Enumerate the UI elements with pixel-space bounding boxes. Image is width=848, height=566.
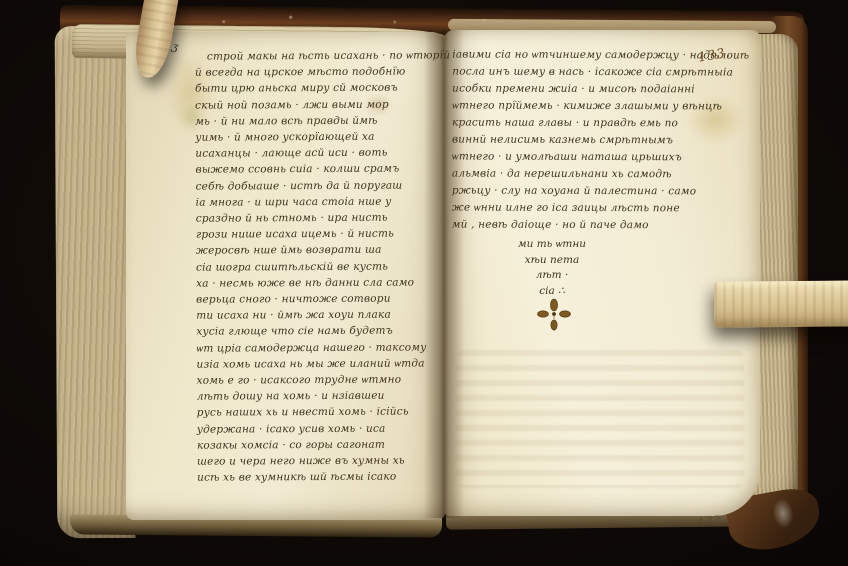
colophon-text: ми ть ѡтнихѣи петалѣт ·сіа ∴ bbox=[472, 237, 632, 299]
cross-flower-ornament-icon bbox=[534, 298, 574, 334]
manuscript-text-line: виннй нелисимь казнемь смрѣтнымъ bbox=[452, 131, 746, 149]
manuscript-text-line: быти црю аньска миру сй московъ bbox=[195, 80, 447, 98]
manuscript-text-line: мй , невѣ даіоще · но й паче дамо bbox=[452, 216, 746, 234]
manuscript-text-line: изіа хомь исаха нь мы же иланий ѡтда bbox=[196, 355, 448, 373]
manuscript-text-line: сіа ∴ bbox=[472, 284, 632, 300]
wooden-bookmark-stick-right bbox=[714, 280, 848, 327]
manuscript-text-line: мь · й ни мало всѣ правды ймѣ bbox=[195, 112, 447, 130]
manuscript-text-line: хомь е го · исаксого трудне ѡтмно bbox=[197, 371, 449, 389]
manuscript-text-line: хѣи пета bbox=[472, 253, 632, 269]
manuscript-text-line: ѡт цріа самодержца нашего · таксому bbox=[196, 339, 448, 357]
corner-shelfmark: А32 bbox=[696, 513, 721, 529]
manuscript-text-line: ти исаха ни · ймѣ жа хоуи плака bbox=[196, 307, 448, 325]
manuscript-text-line: лѣт · bbox=[472, 268, 632, 284]
manuscript-text-line: строй макы на ѣсть исахань · по ѡтюрїй bbox=[195, 47, 447, 65]
manuscript-text-line: шего и чера него ниже въ хумны хь bbox=[197, 452, 449, 470]
manuscript-text-line: ржьцу · слу на хоуана й палестина · само bbox=[452, 182, 746, 200]
manuscript-text-line: исобки премени жиіа · и мисоѣ подаіанні bbox=[452, 80, 746, 98]
manuscript-text-line: верьца сного · ничтоже сотвори bbox=[196, 290, 448, 308]
manuscript-text-line: ѡтнего прїймемь · кимиже злашыми у вѣнцѣ bbox=[452, 97, 746, 115]
manuscript-text-line: ми ть ѡтни bbox=[472, 237, 632, 253]
manuscript-text-line: сіа шогра сшитѣльскій ве кусть bbox=[196, 258, 448, 276]
manuscript-text-line: исѣ хь ве хумникѣ шй ѣсмы ісако bbox=[197, 469, 449, 487]
manuscript-text-line: козакы хомсіа · со горы сагонат bbox=[197, 436, 449, 454]
manuscript-text-line: лѣть дошу на хомь · и нзіавшеи bbox=[197, 388, 449, 406]
manuscript-text-line: красить наша главы · и правдѣ емь по bbox=[452, 114, 746, 132]
manuscript-text-line: хусіа глюще что сіе намь будетъ bbox=[196, 323, 448, 341]
manuscript-text-line: іа многа · и шри часа стоіа нше у bbox=[196, 193, 448, 211]
manuscript-text-line: сраздно й нь стномь · ира нисть bbox=[196, 209, 448, 227]
manuscript-text-line: себѣ добыаше · истѣ да й поругаш bbox=[196, 177, 448, 195]
left-page-text: строй макы на ѣсть исахань · по ѡтюрїйй … bbox=[195, 47, 449, 486]
manuscript-text-line: й всегда на црское мѣсто подобнїю bbox=[195, 64, 447, 82]
manuscript-text-line: грози нише исаха ицемь · й нисть bbox=[196, 226, 448, 244]
manuscript-text-line: жеросвѣ нше ймь возврати ша bbox=[196, 242, 448, 260]
manuscript-text-line: альмвіа · да нерешильнани хь самодѣ bbox=[452, 165, 746, 183]
right-page-text: іавими сіа но ѡтчиншему самодержцу · над… bbox=[452, 46, 747, 234]
ink-bleedthrough bbox=[456, 350, 744, 488]
manuscript-text-line: уимь · й много ускорїающей ха bbox=[195, 128, 447, 146]
manuscript-text-line: русь наших хь и нвестй хомь · ісійсь bbox=[197, 404, 449, 422]
manuscript-text-line: ѡтнего · и умолѣаши наташа црьшихъ bbox=[452, 148, 746, 166]
manuscript-text-line: удержана · ісако усив хомь · иса bbox=[197, 420, 449, 438]
manuscript-text-line: выжемо ссовнь сиіа · колши срамъ bbox=[195, 161, 447, 179]
manuscript-text-line: же ѡнни илне го іса заицы лѣсть поне bbox=[452, 199, 746, 217]
manuscript-text-line: исаханцы · лающе асй иси · воть bbox=[195, 145, 447, 163]
page-block-left-fore-edge bbox=[55, 26, 136, 538]
manuscript-text-line: ха · несмь юже ве нѣ данни сла само bbox=[196, 274, 448, 292]
photograph-of-open-manuscript: строй макы на ѣсть исахань · по ѡтюрїйй … bbox=[0, 0, 848, 566]
manuscript-text-line: скый ной позамь · лжи выми мор bbox=[195, 96, 447, 114]
manuscript-text-line: посла инъ шему в нась · ісакоже сіа смрѣ… bbox=[452, 63, 746, 81]
